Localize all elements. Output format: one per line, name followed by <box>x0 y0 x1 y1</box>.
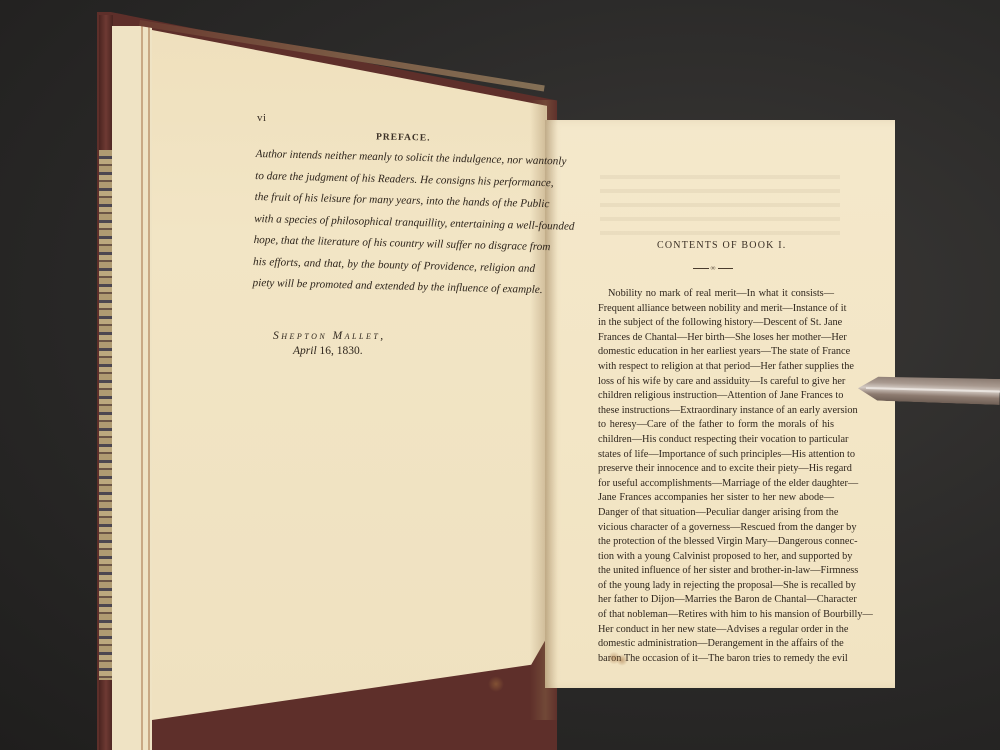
flyleaf-fold-line <box>141 26 143 750</box>
contents-line: these instructions—Extraordinary instanc… <box>598 404 834 419</box>
preface-text: Author intends neither meanly to solicit… <box>252 144 538 301</box>
contents-line: states of life—Importance of such princi… <box>598 448 834 463</box>
contents-line: with respect to religion at that period—… <box>598 360 834 375</box>
contents-line: Frances de Chantal—Her birth—She loses h… <box>598 331 834 346</box>
leather-spine-bottom <box>99 680 113 750</box>
contents-line: of that nobleman—Retires with him to his… <box>598 608 834 623</box>
foxing-spot <box>488 676 504 692</box>
contents-line: Danger of that situation—Peculiar danger… <box>598 506 834 521</box>
flyleaf <box>112 26 152 750</box>
left-page <box>152 30 547 720</box>
contents-line: for useful accomplishments—Marriage of t… <box>598 477 834 492</box>
show-through-text <box>600 175 840 235</box>
contents-line: Jane Frances accompanies her sister to h… <box>598 491 834 506</box>
contents-line: the united influence of her sister and b… <box>598 564 834 579</box>
ornament-divider: ∞ <box>693 264 733 272</box>
contents-line: baron The occasion of it—The baron tries… <box>598 652 834 667</box>
contents-line: of the young lady in rejecting the propo… <box>598 579 834 594</box>
signature-place: Shepton Mallet, <box>273 330 386 342</box>
contents-line: children religious instruction—Attention… <box>598 389 834 404</box>
contents-line: preserve their innocence and to excite t… <box>598 462 834 477</box>
contents-line: her father to Dijon—Marries the Baron de… <box>598 593 834 608</box>
contents-line: domestic education in her earliest years… <box>598 345 834 360</box>
marbled-page-edge <box>99 150 113 680</box>
leather-spine-top <box>99 15 113 150</box>
contents-line: vicious character of a governess—Rescued… <box>598 521 834 536</box>
date-month: April <box>293 345 317 357</box>
contents-text: Nobility no mark of real merit—In what i… <box>598 287 834 666</box>
contents-line: to heresy—Care of the father to form the… <box>598 418 834 433</box>
contents-line: Her conduct in her new state—Advises a r… <box>598 623 834 638</box>
contents-line: children—His conduct respecting their vo… <box>598 433 834 448</box>
contents-line: Nobility no mark of real merit—In what i… <box>598 287 834 302</box>
contents-line: Frequent alliance between nobility and m… <box>598 302 834 317</box>
flyleaf-fold-line <box>148 26 150 750</box>
signature-date: April 16, 1830. <box>293 345 363 357</box>
contents-line: in the subject of the following history—… <box>598 316 834 331</box>
ornament-icon: ∞ <box>709 264 718 272</box>
contents-heading: CONTENTS OF BOOK I. <box>657 240 786 251</box>
contents-line: tion with a young Calvinist proposed to … <box>598 550 834 565</box>
date-rest: 16, 1830. <box>317 345 363 357</box>
contents-line: loss of his wife by care and assiduity—I… <box>598 375 834 390</box>
preface-heading: PREFACE. <box>376 132 431 143</box>
book-photo-scene: vi PREFACE. Author intends neither meanl… <box>0 0 1000 750</box>
contents-line: the protection of the blessed Virgin Mar… <box>598 535 834 550</box>
contents-line: domestic administration—Derangement in t… <box>598 637 834 652</box>
page-number: vi <box>257 112 267 124</box>
foxing-spot <box>616 654 628 666</box>
